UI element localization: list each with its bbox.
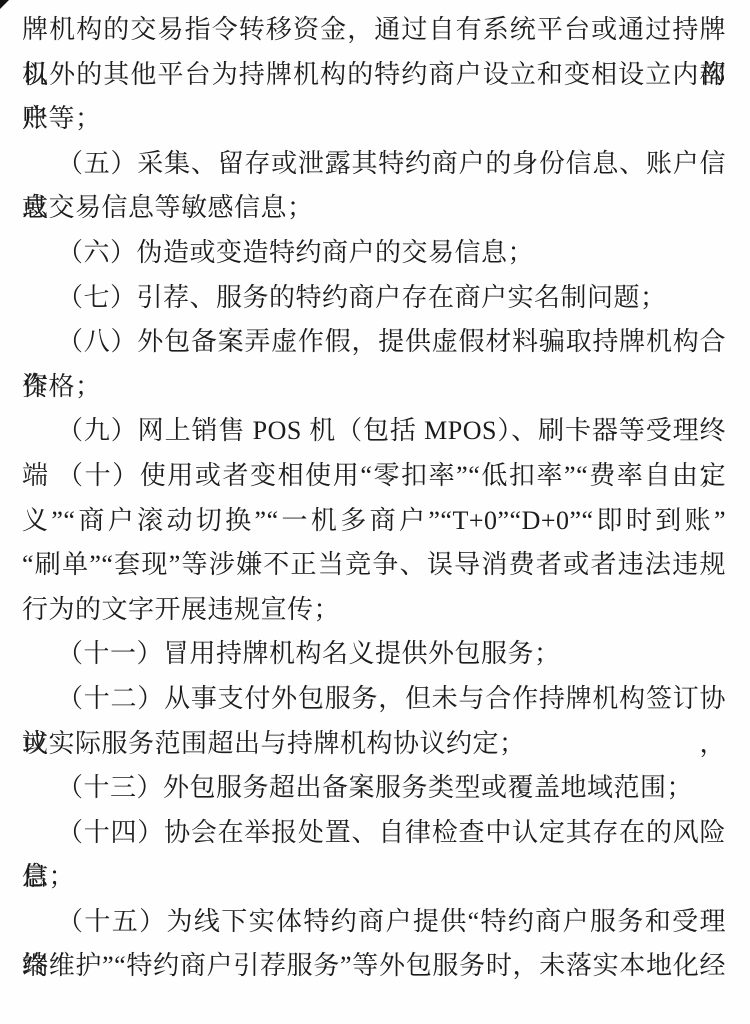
text-line: （七）引荐、服务的特约商户存在商户实名制问题； [22,276,726,321]
text-line: （十二）从事支付外包服务，但未与合作持牌机构签订协议， [22,677,726,722]
document-page: 牌机构的交易指令转移资金，通过自有系统平台或通过持牌机构 以外的其他平台为持牌机… [0,0,750,1024]
text-line: （八）外包备案弄虚作假，提供虚假材料骗取持牌机构合作 [22,320,726,365]
text-line: 户等； [22,97,726,142]
text-line: （十一）冒用持牌机构名义提供外包服务； [22,632,726,677]
text-line: （十五）为线下实体特约商户提供“特约商户服务和受理终 [22,900,726,945]
scan-corner-artifact [0,0,9,9]
text-line: 义”“商户滚动切换”“一机多商户”“T+0”“D+0”“即时到账” [22,499,726,544]
text-line: （五）采集、留存或泄露其特约商户的身份信息、账户信息 [22,142,726,187]
text-line: （九）网上销售 POS 机（包括 MPOS）、刷卡器等受理终端； [22,409,726,454]
text-line: （十三）外包服务超出备案服务类型或覆盖地域范围； [22,766,726,811]
text-line: 息； [22,855,726,900]
text-line: 以外的其他平台为持牌机构的特约商户设立和变相设立内部账 [22,53,726,98]
text-line: （十四）协会在举报处置、自律检查中认定其存在的风险信 [22,811,726,856]
text-line: 或交易信息等敏感信息； [22,186,726,231]
text-line: 端维护”“特约商户引荐服务”等外包服务时，未落实本地化经 [22,944,726,989]
text-line: （六）伪造或变造特约商户的交易信息； [22,231,726,276]
text-line: 资格； [22,365,726,410]
text-line: （十）使用或者变相使用“零扣率”“低扣率”“费率自由定 [22,454,726,499]
document-body: 牌机构的交易指令转移资金，通过自有系统平台或通过持牌机构 以外的其他平台为持牌机… [22,8,726,989]
text-line: 行为的文字开展违规宣传； [22,588,726,633]
text-line: “刷单”“套现”等涉嫌不正当竞争、误导消费者或者违法违规 [22,543,726,588]
text-line: 牌机构的交易指令转移资金，通过自有系统平台或通过持牌机构 [22,8,726,53]
